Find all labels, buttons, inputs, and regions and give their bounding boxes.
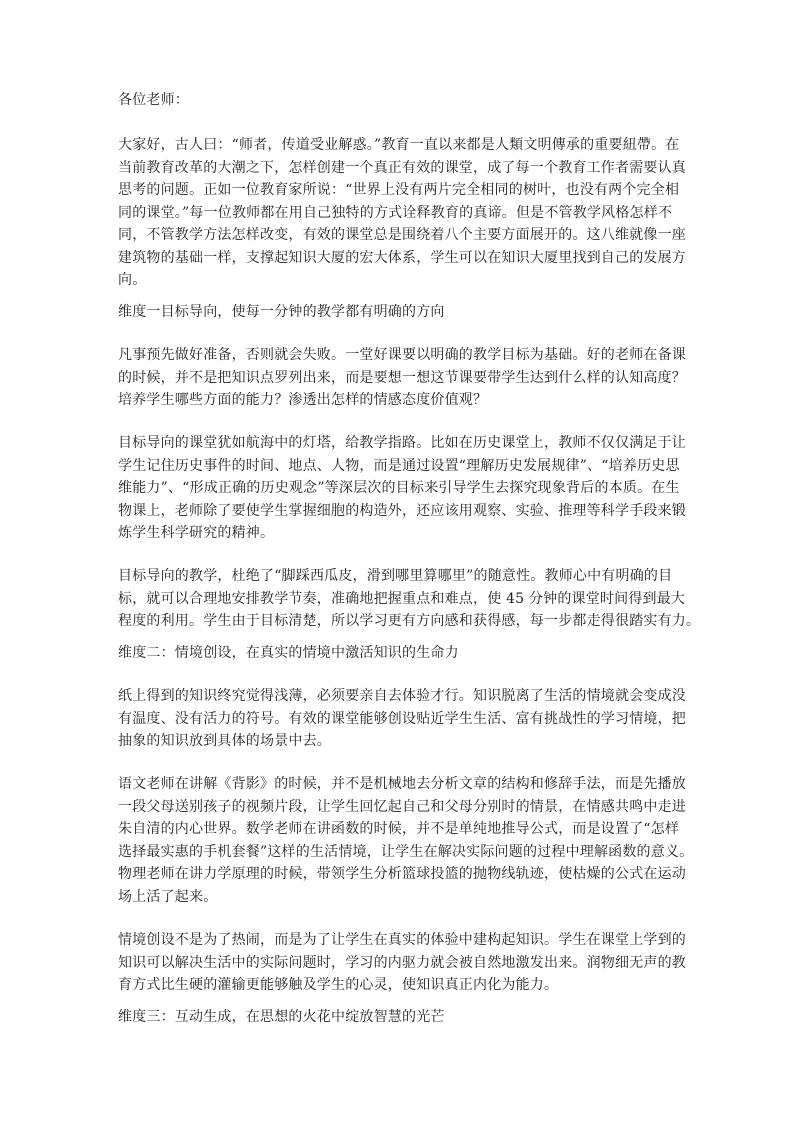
text-line: 纸上得到的知识终究觉得浅薄，必须要亲自去体验才行。知识脱离了生活的情境就会变成没 xyxy=(118,685,678,708)
text-line: 炼学生科学研究的精神。 xyxy=(118,522,678,545)
paragraph-5: 纸上得到的知识终究觉得浅薄，必须要亲自去体验才行。知识脱离了生活的情境就会变成没… xyxy=(118,685,678,753)
section-heading-2: 维度二：情境创设，在真实的情境中激活知识的生命力 xyxy=(118,642,678,665)
text-line: 同，不管教学方法怎样改变，有效的课堂总是围绕着八个主要方面展开的。这八维就像一座 xyxy=(118,224,678,247)
text-line: 标，就可以合理地安排教学节奏，准确地把握重点和难点，使 45 分钟的课堂时间得到… xyxy=(118,588,678,611)
text-line: 一段父母送别孩子的视频片段，让学生回忆起自己和父母分别时的情景，在情感共鸣中走进 xyxy=(118,796,678,819)
text-line: 场上活了起来。 xyxy=(118,886,678,909)
salutation-text: 各位老师： xyxy=(118,89,678,112)
text-line: 培养学生哪些方面的能力？渗透出怎样的情感态度价值观？ xyxy=(118,389,678,412)
text-line: 大家好，古人曰：“师者，传道受业解惑。”教育一直以来都是人類文明傳承的重要紐帶。… xyxy=(118,134,678,157)
document-page: 各位老师： 大家好，古人曰：“师者，传道受业解惑。”教育一直以来都是人類文明傳承… xyxy=(0,0,793,1122)
text-line: 同的课堂。”每一位教师都在用自己独特的方式诠释教育的真谛。但是不管教学风格怎样不 xyxy=(118,202,678,225)
paragraph-6: 语文老师在讲解《背影》的时候，并不是机械地去分析文章的结构和修辞手法，而是先播放… xyxy=(118,773,678,908)
paragraph-4: 目标导向的教学，杜绝了“脚踩西瓜皮，滑到哪里算哪里”的随意性。教师心中有明确的目… xyxy=(118,565,678,633)
text-line: 抽象的知识放到具体的场景中去。 xyxy=(118,730,678,753)
text-line: 建筑物的基础一样，支撑起知识大厦的宏大体系，学生可以在知识大厦里找到自己的发展方 xyxy=(118,247,678,270)
heading-text: 维度二：情境创设，在真实的情境中激活知识的生命力 xyxy=(118,642,678,665)
paragraph-7: 情境创设不是为了热闹，而是为了让学生在真实的体验中建构起知识。学生在课堂上学到的… xyxy=(118,929,678,997)
text-line: 有温度、没有活力的符号。有效的课堂能够创设贴近学生生活、富有挑战性的学习情境，把 xyxy=(118,708,678,731)
text-line: 程度的利用。学生由于目标清楚，所以学习更有方向感和获得感，每一步都走得很踏实有力… xyxy=(118,610,678,633)
text-line: 当前教育改革的大潮之下，怎样创建一个真正有效的课堂，成了每一个教育工作者需要认真 xyxy=(118,157,678,180)
paragraph-2: 凡事预先做好准备，否则就会失败。一堂好课要以明确的教学目标为基础。好的老师在备课… xyxy=(118,344,678,412)
paragraph-3: 目标导向的课堂犹如航海中的灯塔，给教学指路。比如在历史课堂上，教师不仅仅满足于让… xyxy=(118,432,678,545)
text-line: 语文老师在讲解《背影》的时候，并不是机械地去分析文章的结构和修辞手法，而是先播放 xyxy=(118,773,678,796)
text-line: 育方式比生硬的灌输更能够触及学生的心灵，使知识真正内化为能力。 xyxy=(118,974,678,997)
text-line: 目标导向的课堂犹如航海中的灯塔，给教学指路。比如在历史课堂上，教师不仅仅满足于让 xyxy=(118,432,678,455)
text-line: 物课上，老师除了要使学生掌握细胞的构造外，还应该用观察、实验、推理等科学手段来锻 xyxy=(118,500,678,523)
text-line: 维能力”、“形成正确的历史观念”等深层次的目标来引导学生去探究现象背后的本质。在… xyxy=(118,477,678,500)
text-line: 向。 xyxy=(118,269,678,292)
text-line: 思考的问题。正如一位教育家所说：“世界上没有两片完全相同的树叶，也没有两个完全相 xyxy=(118,179,678,202)
text-line: 的时候，并不是把知识点罗列出来，而是要想一想这节课要带学生达到什么样的认知高度？ xyxy=(118,367,678,390)
text-line: 知识可以解决生活中的实际问题时，学习的内驱力就会被自然地激发出来。润物细无声的教 xyxy=(118,952,678,975)
heading-text: 维度一目标导向，使每一分钟的教学都有明确的方向 xyxy=(118,301,678,324)
text-line: 选择最实惠的手机套餐”这样的生活情境，让学生在解决实际问题的过程中理解函数的意义… xyxy=(118,841,678,864)
text-line: 物理老师在讲力学原理的时候，带领学生分析篮球投篮的抛物线轨迹，使枯燥的公式在运动 xyxy=(118,863,678,886)
salutation: 各位老师： xyxy=(118,89,678,112)
text-line: 凡事预先做好准备，否则就会失败。一堂好课要以明确的教学目标为基础。好的老师在备课 xyxy=(118,344,678,367)
heading-text: 维度三：互动生成，在思想的火花中绽放智慧的光芒 xyxy=(118,1006,678,1029)
text-line: 目标导向的教学，杜绝了“脚踩西瓜皮，滑到哪里算哪里”的随意性。教师心中有明确的目 xyxy=(118,565,678,588)
text-line: 学生记住历史事件的时间、地点、人物，而是通过设置“理解历史发展规律”、“培养历史… xyxy=(118,455,678,478)
section-heading-3: 维度三：互动生成，在思想的火花中绽放智慧的光芒 xyxy=(118,1006,678,1029)
section-heading-1: 维度一目标导向，使每一分钟的教学都有明确的方向 xyxy=(118,301,678,324)
text-line: 朱自清的内心世界。数学老师在讲函数的时候，并不是单纯地推导公式，而是设置了“怎样 xyxy=(118,818,678,841)
intro-paragraph: 大家好，古人曰：“师者，传道受业解惑。”教育一直以来都是人類文明傳承的重要紐帶。… xyxy=(118,134,678,292)
text-line: 情境创设不是为了热闹，而是为了让学生在真实的体验中建构起知识。学生在课堂上学到的 xyxy=(118,929,678,952)
